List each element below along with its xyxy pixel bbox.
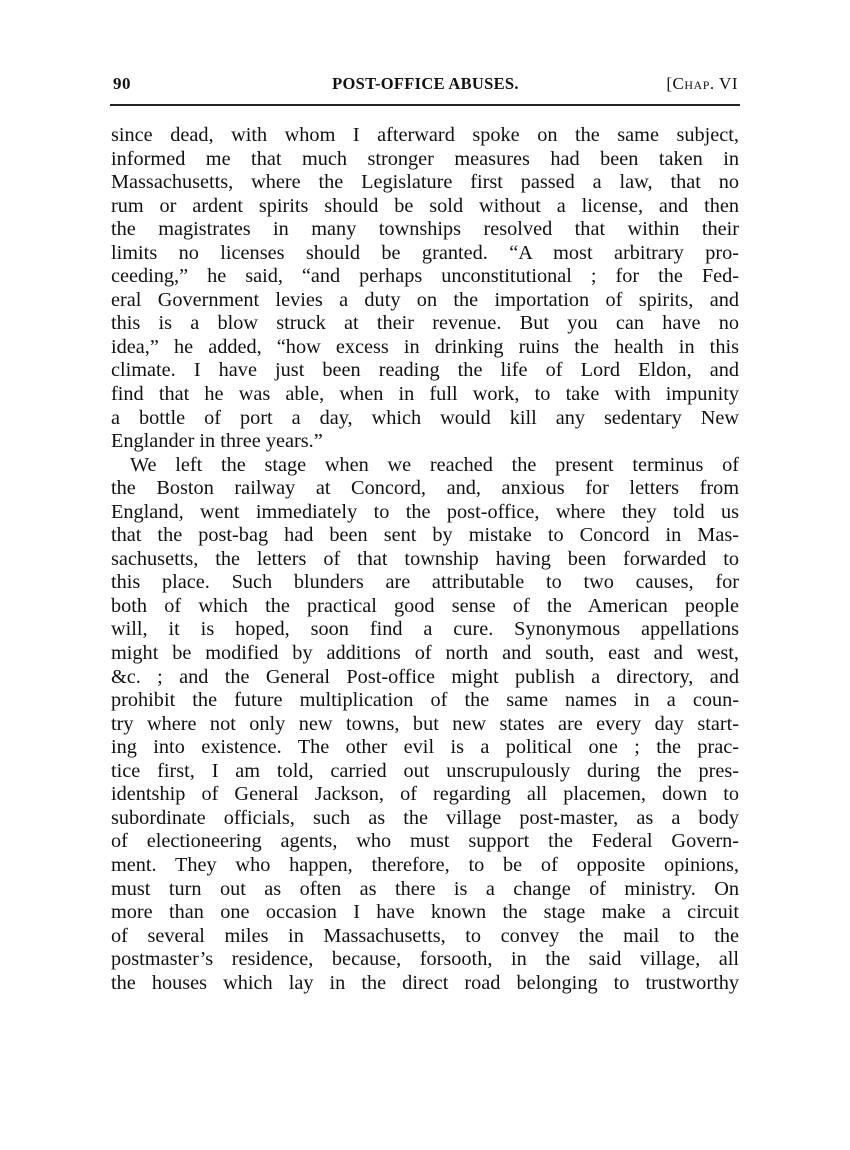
text-line: &c. ; and the General Post-office might … (111, 666, 739, 690)
text-line: climate. I have just been reading the li… (111, 359, 739, 383)
text-line: postmaster’s residence, because, forsoot… (111, 948, 739, 972)
text-line: the houses which lay in the direct road … (111, 972, 739, 996)
text-line: rum or ardent spirits should be sold wit… (111, 195, 739, 219)
text-line: prohibit the future multiplication of th… (111, 689, 739, 713)
text-line: the Boston railway at Concord, and, anxi… (111, 477, 739, 501)
text-line: limits no licenses should be granted. “A… (111, 242, 739, 266)
running-head: 90 POST-OFFICE ABUSES. [Chap. VI (113, 72, 738, 96)
text-line: tice first, I am told, carried out unscr… (111, 760, 739, 784)
chapter-label: [Chap. VI (666, 72, 738, 96)
paragraph-end-line: Englander in three years.” (111, 430, 739, 454)
text-line: more than one occasion I have known the … (111, 901, 739, 925)
text-line: ment. They who happen, therefore, to be … (111, 854, 739, 878)
text-line: must turn out as often as there is a cha… (111, 878, 739, 902)
text-line: this is a blow struck at their revenue. … (111, 312, 739, 336)
paragraph-start-line: We left the stage when we reached the pr… (111, 454, 739, 478)
book-page: 90 POST-OFFICE ABUSES. [Chap. VI since d… (0, 0, 850, 1150)
text-line: since dead, with whom I afterward spoke … (111, 124, 739, 148)
body-text: since dead, with whom I afterward spoke … (111, 124, 739, 995)
text-line: try where not only new towns, but new st… (111, 713, 739, 737)
text-line: ceeding,” he said, “and perhaps unconsti… (111, 265, 739, 289)
text-line: find that he was able, when in full work… (111, 383, 739, 407)
text-line: the magistrates in many townships resolv… (111, 218, 739, 242)
text-line: identship of General Jackson, of regardi… (111, 783, 739, 807)
text-line: idea,” he added, “how excess in drinking… (111, 336, 739, 360)
text-line: informed me that much stronger measures … (111, 148, 739, 172)
text-line: Massachusetts, where the Legislature fir… (111, 171, 739, 195)
text-line: England, went immediately to the post-of… (111, 501, 739, 525)
text-line: ing into existence. The other evil is a … (111, 736, 739, 760)
running-title: POST-OFFICE ABUSES. (113, 72, 738, 96)
text-line: a bottle of port a day, which would kill… (111, 407, 739, 431)
text-line: that the post-bag had been sent by mista… (111, 524, 739, 548)
text-line: of several miles in Massachusetts, to co… (111, 925, 739, 949)
text-line: eral Government levies a duty on the imp… (111, 289, 739, 313)
text-line: subordinate officials, such as the villa… (111, 807, 739, 831)
header-rule (110, 104, 740, 106)
text-line: sachusetts, the letters of that township… (111, 548, 739, 572)
text-line: might be modified by additions of north … (111, 642, 739, 666)
text-line: of electioneering agents, who must suppo… (111, 830, 739, 854)
chapter-label-text: [Chap. VI (666, 74, 738, 93)
text-line: will, it is hoped, soon find a cure. Syn… (111, 618, 739, 642)
text-line: this place. Such blunders are attributab… (111, 571, 739, 595)
text-line: both of which the practical good sense o… (111, 595, 739, 619)
